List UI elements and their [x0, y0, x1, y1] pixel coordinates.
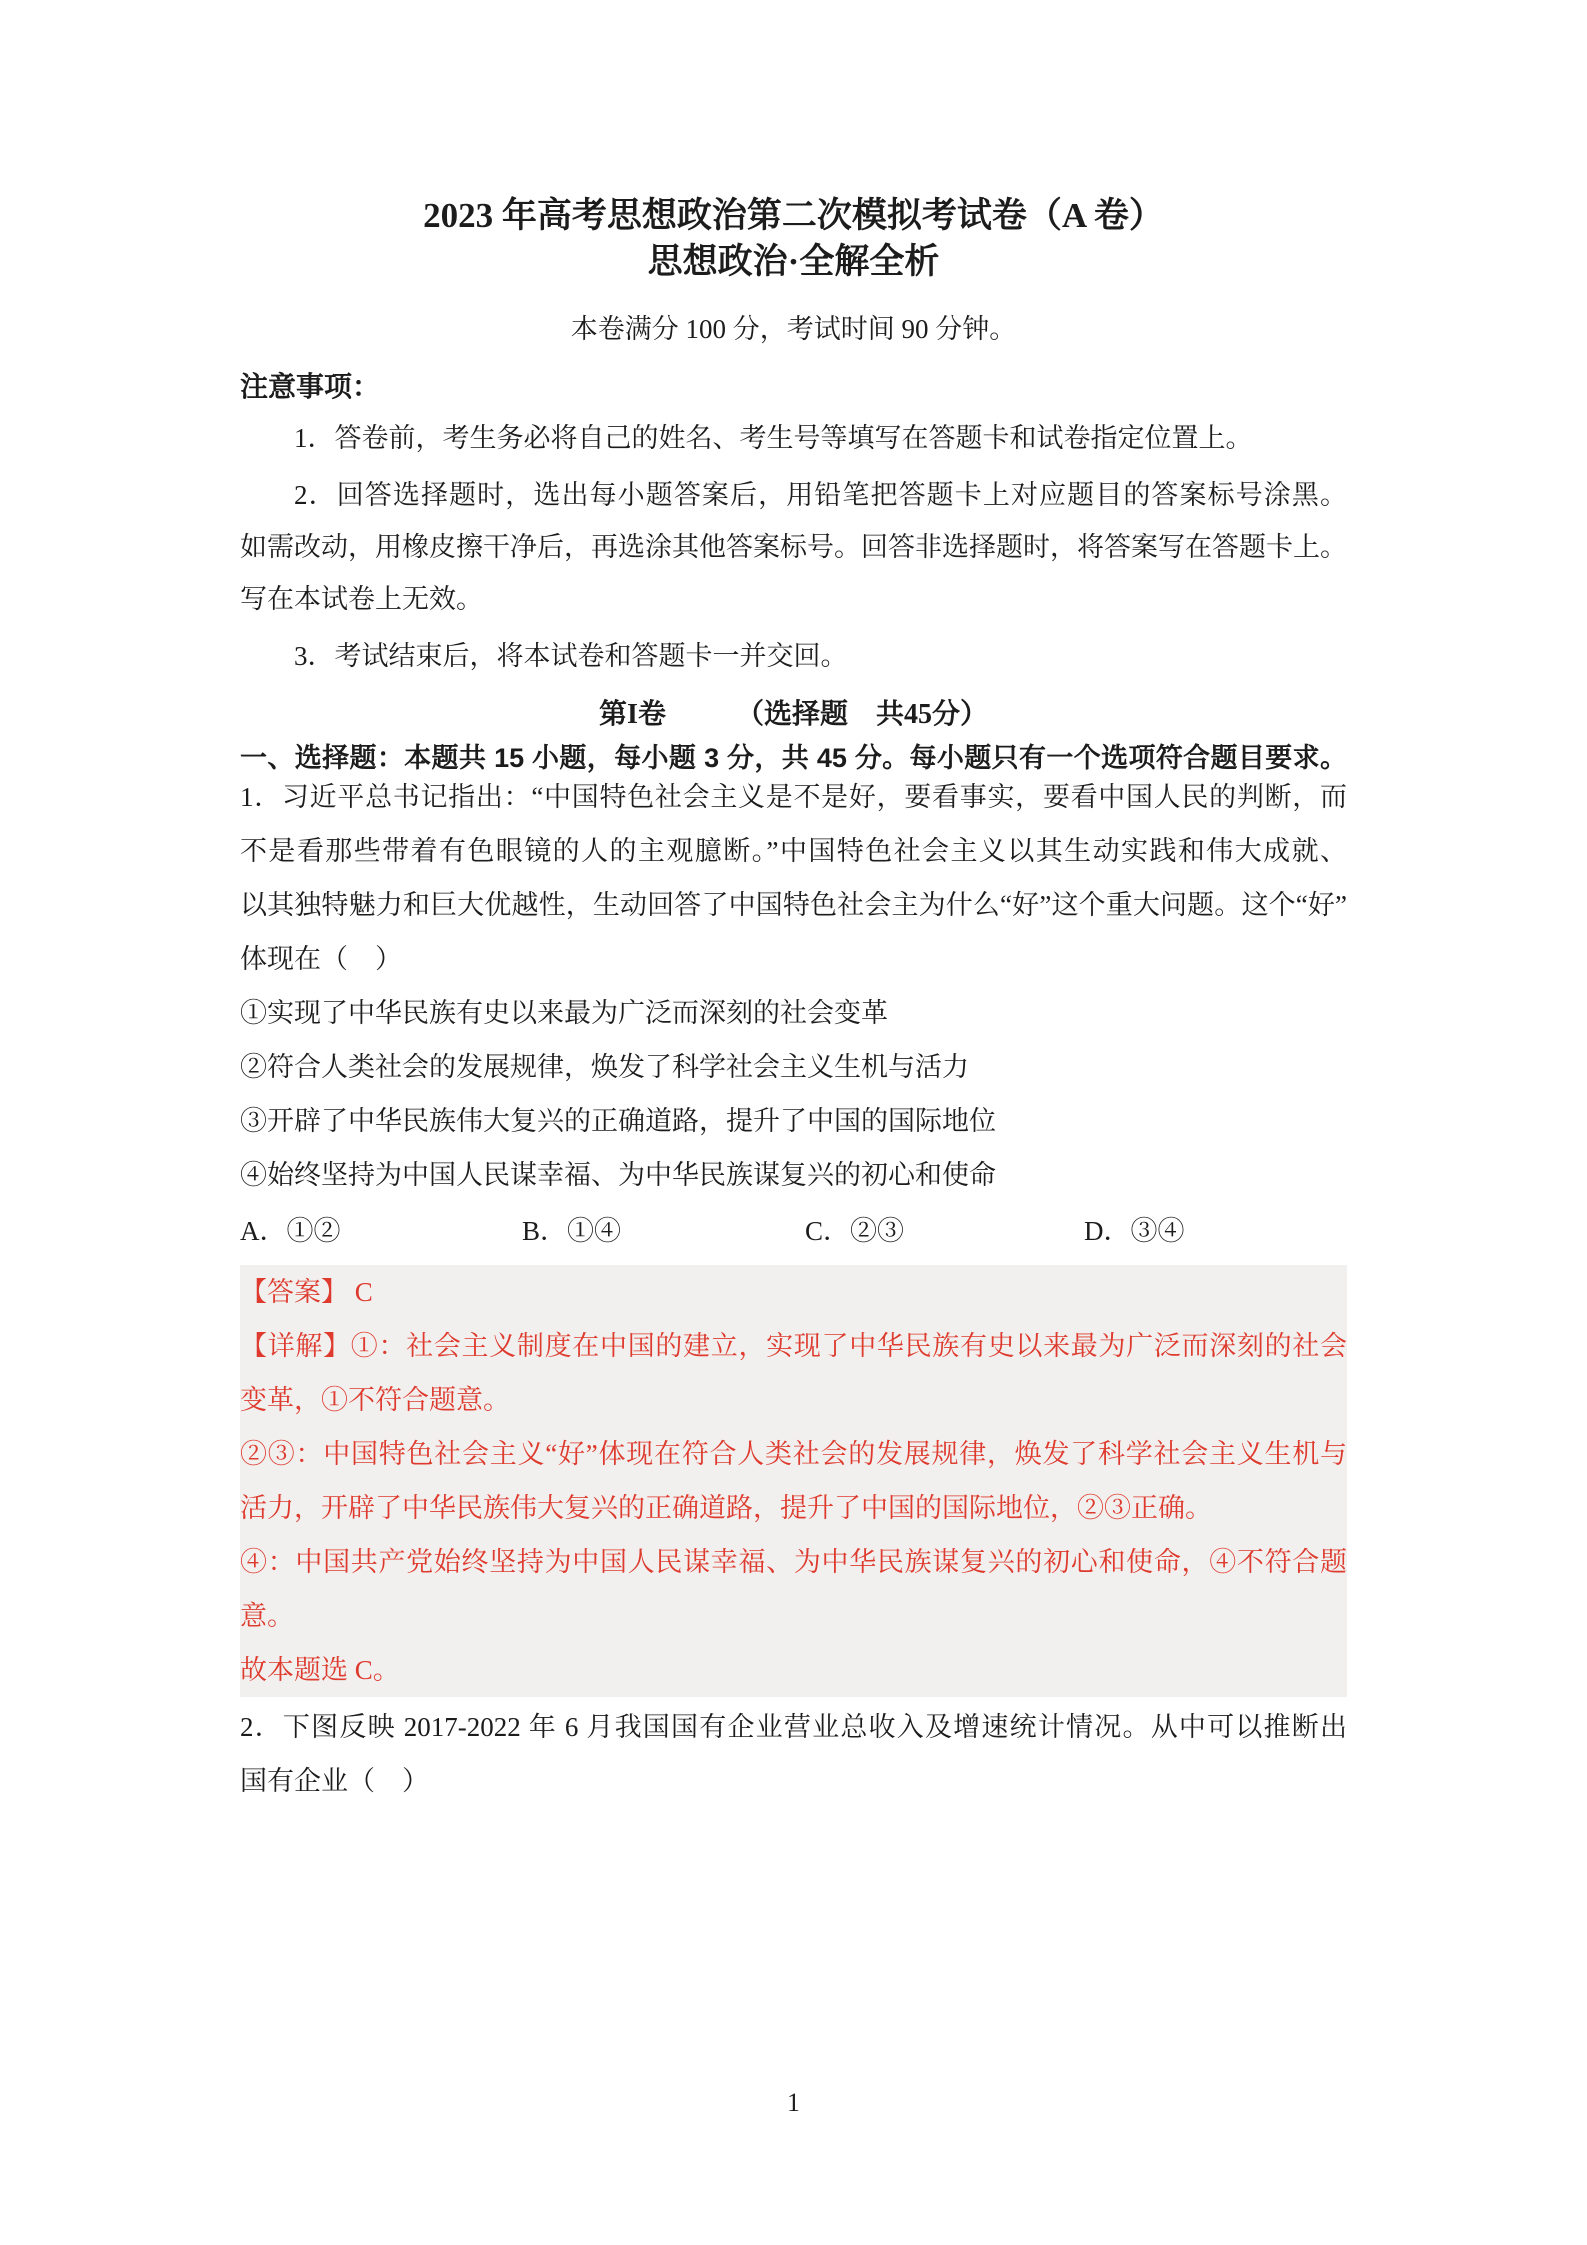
question-1-statement-3: ③开辟了中华民族伟大复兴的正确道路，提升了中国的国际地位	[240, 1094, 1347, 1148]
notice-item-2: 2．回答选择题时，选出每小题答案后，用铅笔把答题卡上对应题目的答案标号涂黑。 如…	[240, 469, 1347, 625]
option-c: C．②③	[805, 1204, 1084, 1258]
question-2-line: 2．下图反映 2017-2022 年 6 月我国国有企业营业总收入及增速统计情况…	[240, 1700, 1347, 1754]
answer-explanation-block: 【答案】 C 【详解】①：社会主义制度在中国的建立，实现了中华民族有史以来最为广…	[240, 1265, 1347, 1697]
question-1-options: A．①② B．①④ C．②③ D．③④	[240, 1204, 1347, 1258]
notice-item-1: 1．答卷前，考生务必将自己的姓名、考生号等填写在答题卡和试卷指定位置上。	[240, 412, 1347, 464]
explanation-line: 活力，开辟了中华民族伟大复兴的正确道路，提升了中国的国际地位，②③正确。	[240, 1481, 1347, 1535]
question-2: 2．下图反映 2017-2022 年 6 月我国国有企业营业总收入及增速统计情况…	[240, 1700, 1347, 1808]
volume-heading: 第I卷 （选择题 共45分）	[0, 693, 1587, 737]
question-1-line: 1．习近平总书记指出：“中国特色社会主义是不是好，要看事实，要看中国人民的判断，…	[240, 770, 1347, 824]
notice-heading: 注意事项：	[240, 366, 380, 408]
explanation-line: 意。	[240, 1589, 1347, 1643]
question-1-line: 体现在（ ）	[240, 932, 1347, 986]
question-1-statement-2: ②符合人类社会的发展规律，焕发了科学社会主义生机与活力	[240, 1040, 1347, 1094]
explanation-line: ④：中国共产党始终坚持为中国人民谋幸福、为中华民族谋复兴的初心和使命，④不符合题	[240, 1535, 1347, 1589]
exam-paper-page: 2023 年高考思想政治第二次模拟考试卷（A 卷） 思想政治·全解全析 本卷满分…	[0, 0, 1587, 2245]
explanation-line: 变革，①不符合题意。	[240, 1373, 1347, 1427]
paper-subtitle: 思想政治·全解全析	[0, 239, 1587, 285]
page-number: 1	[0, 2088, 1587, 2118]
option-a: A．①②	[240, 1204, 522, 1258]
score-time-line: 本卷满分 100 分，考试时间 90 分钟。	[0, 308, 1587, 350]
explanation-line: 【详解】①：社会主义制度在中国的建立，实现了中华民族有史以来最为广泛而深刻的社会	[240, 1319, 1347, 1373]
notice-item-2-line-3: 写在本试卷上无效。	[240, 573, 1347, 625]
question-1-line: 以其独特魅力和巨大优越性，生动回答了中国特色社会主为什么“好”这个重大问题。这个…	[240, 878, 1347, 932]
option-d: D．③④	[1084, 1204, 1185, 1258]
question-1: 1．习近平总书记指出：“中国特色社会主义是不是好，要看事实，要看中国人民的判断，…	[240, 770, 1347, 1202]
explanation-line: ②③：中国特色社会主义“好”体现在符合人类社会的发展规律，焕发了科学社会主义生机…	[240, 1427, 1347, 1481]
question-1-line: 不是看那些带着有色眼镜的人的主观臆断。”中国特色社会主义以其生动实践和伟大成就、	[240, 824, 1347, 878]
answer-line: 【答案】 C	[240, 1265, 1347, 1319]
question-1-statement-4: ④始终坚持为中国人民谋幸福、为中华民族谋复兴的初心和使命	[240, 1148, 1347, 1202]
explanation-conclusion: 故本题选 C。	[240, 1643, 1347, 1697]
notice-item-2-line-2: 如需改动，用橡皮擦干净后，再选涂其他答案标号。回答非选择题时，将答案写在答题卡上…	[240, 521, 1347, 573]
question-2-line: 国有企业（ ）	[240, 1754, 1347, 1808]
notice-item-2-line-1: 2．回答选择题时，选出每小题答案后，用铅笔把答题卡上对应题目的答案标号涂黑。	[240, 469, 1347, 521]
question-1-statement-1: ①实现了中华民族有史以来最为广泛而深刻的社会变革	[240, 986, 1347, 1040]
paper-title: 2023 年高考思想政治第二次模拟考试卷（A 卷）	[0, 193, 1587, 239]
notice-item-3: 3．考试结束后，将本试卷和答题卡一并交回。	[240, 630, 1347, 682]
option-b: B．①④	[522, 1204, 805, 1258]
